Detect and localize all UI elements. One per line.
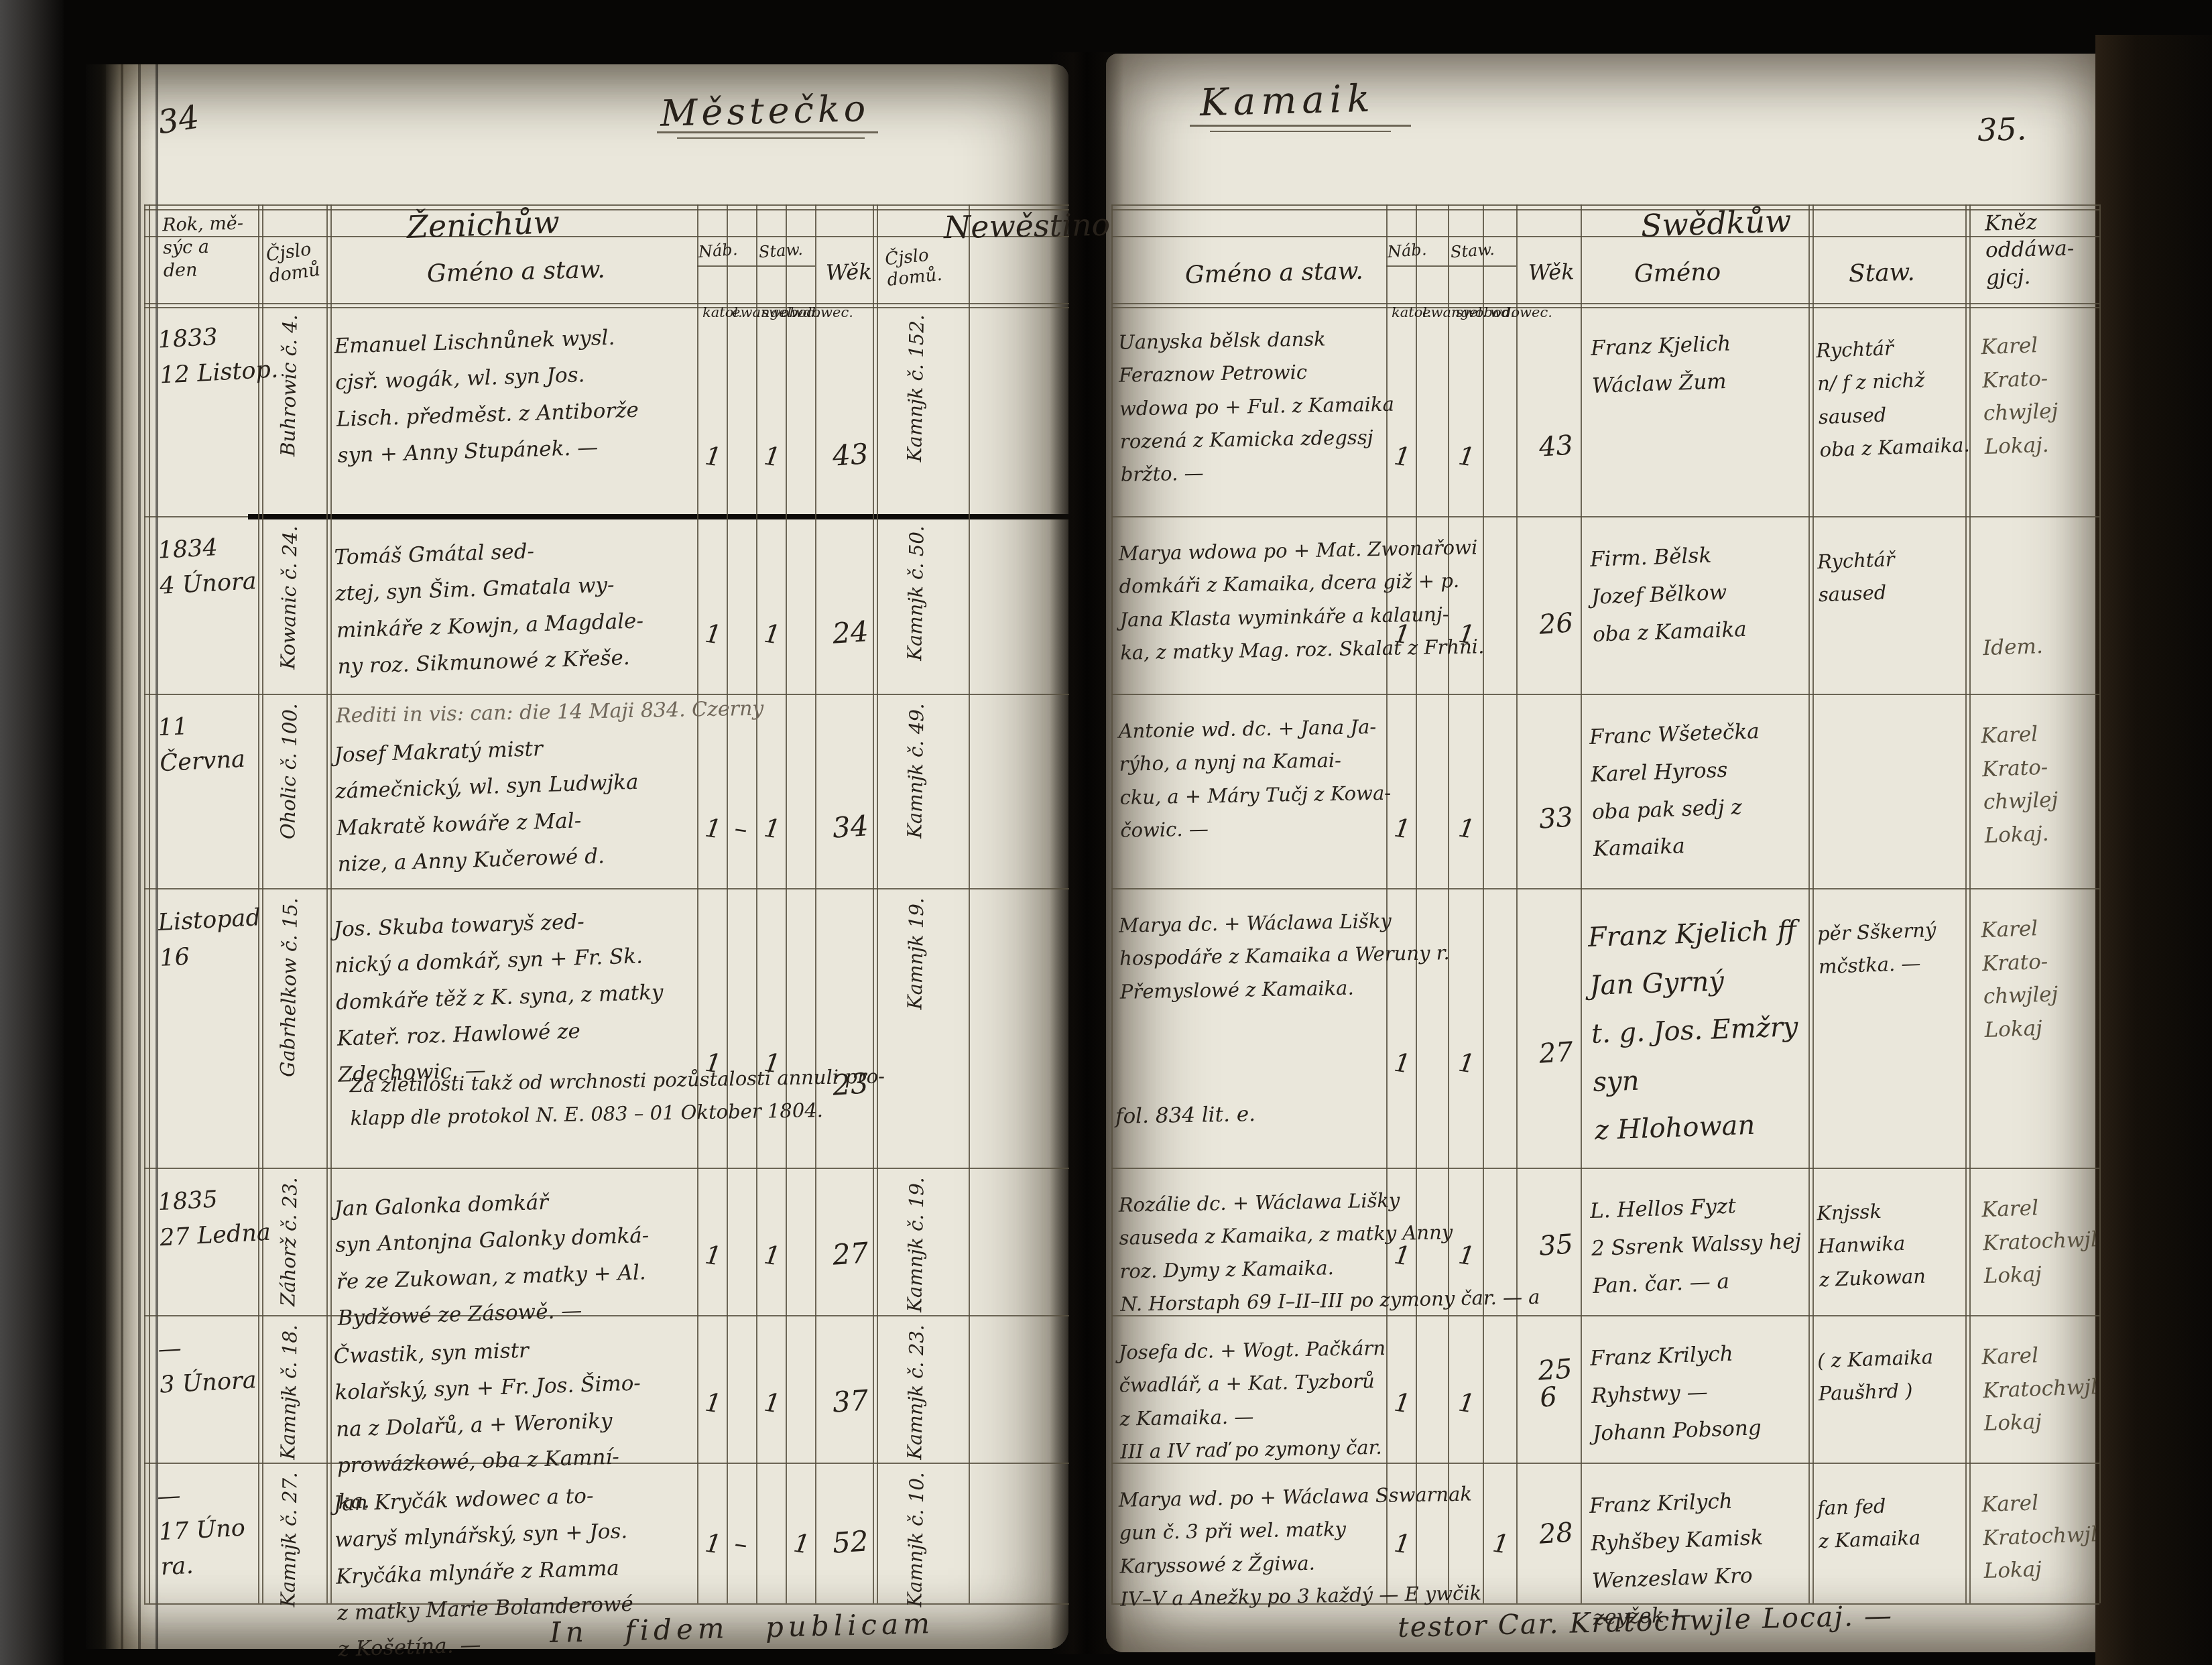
row-groom-text-2: Josef Makratý mistr zámečnický, wl. syn … bbox=[334, 725, 714, 882]
row-folio-note-3: fol. 834 lit. e. bbox=[1115, 1098, 1256, 1133]
col-header-age-right: Wěk bbox=[1528, 255, 1575, 290]
page-number-right: 35. bbox=[1977, 105, 2027, 154]
row-rule-right-2 bbox=[1111, 694, 2099, 695]
section-header-bride: Newěstino bbox=[943, 201, 1110, 252]
row-groom-text-1: Tomáš Gmátal sed- ztej, syn Šim. Gmatala… bbox=[334, 528, 714, 684]
label-rule2-left bbox=[144, 307, 1069, 308]
table-top-rule-left bbox=[144, 204, 1069, 206]
row-groom-text-6: Jan Kryčák wdowec a to- waryš mlynářský,… bbox=[333, 1474, 714, 1665]
row-groom-house-1: Kowanic č. 24. bbox=[273, 526, 306, 670]
row-bride-age-4: 35 bbox=[1538, 1231, 1575, 1259]
row-date-3: Listopad 16 bbox=[157, 900, 263, 976]
col-rule-right-6 bbox=[1581, 204, 1582, 1603]
row-witness-name-0: Franz Kjelich Wáclaw Žum bbox=[1590, 322, 1821, 405]
row-date-5: — 3 Února bbox=[157, 1327, 257, 1402]
row-officiant-5: Karel Kratochwjl Lokaj bbox=[1981, 1337, 2105, 1441]
narrow-subrule-left bbox=[697, 265, 815, 267]
row-bride-age-2: 33 bbox=[1538, 804, 1575, 832]
col-header-status-right: Staw. bbox=[1450, 237, 1495, 265]
row-rule-left-3 bbox=[144, 888, 1069, 889]
row-bride-text-0: Uanyska bělsk dansk Feraznow Petrowic wd… bbox=[1118, 318, 1563, 491]
row-officiant-4: Karel Kratochwjl Lokaj bbox=[1981, 1190, 2105, 1294]
row-witness-status-5: ( z Kamaika Paušhrd ) bbox=[1817, 1339, 1979, 1411]
row-witness-name-6: Franz Krilych Ryhšbey Kamisk Wenzeslaw K… bbox=[1589, 1480, 1822, 1638]
row-witness-name-3: Franz Kjelich ff Jan Gyrný t. g. Jos. Em… bbox=[1587, 906, 1823, 1155]
row-bride-house-0: Kamnjk č. 152. bbox=[900, 314, 932, 462]
col-header-bride-name: Gméno a staw. bbox=[1184, 253, 1363, 294]
row-witness-status-3: pěr Sškerný mčstka. — bbox=[1817, 912, 1979, 984]
row-groom-text-0: Emanuel Lischnůnek wysl. cjsř. wogák, wl… bbox=[334, 316, 714, 473]
col-rule-left-1 bbox=[149, 204, 150, 1603]
row-witness-name-1: Firm. Bělsk Jozef Bělkow oba z Kamaika bbox=[1589, 534, 1821, 654]
row-bride-age-0: 43 bbox=[1538, 432, 1575, 460]
section-header-witness: Swědkůw bbox=[1640, 197, 1792, 250]
label-rule-left bbox=[144, 303, 1069, 304]
row-date-0: 1833 12 Listop. bbox=[157, 316, 279, 393]
col-header-date: Rok, mě- sýc a den bbox=[162, 212, 245, 282]
col-rule-left-4 bbox=[326, 204, 328, 1603]
row-bride-age-1: 26 bbox=[1538, 609, 1575, 638]
col-header-religion-left: Náb. bbox=[698, 237, 739, 265]
col-rule-left-10 bbox=[815, 204, 816, 1603]
col-header-status-left: Staw. bbox=[758, 237, 804, 265]
heading-underline-left bbox=[657, 131, 878, 133]
section-header-groom: Ženichůw bbox=[406, 198, 560, 251]
row-rule-right-4 bbox=[1111, 1168, 2099, 1169]
row-bride-text-5: Josefa dc. + Wogt. Pačkárn čwadlář, a + … bbox=[1118, 1329, 1562, 1469]
col-rule-left-3 bbox=[262, 204, 263, 1603]
row-officiant-3: Karel Krato- chwjlej Lokaj bbox=[1981, 910, 2106, 1048]
row-groom-age-6: 52 bbox=[831, 1519, 870, 1565]
row-groom-age-5: 37 bbox=[831, 1378, 870, 1424]
label-rule-right bbox=[1111, 303, 2099, 304]
heading-underline-right-2 bbox=[1210, 131, 1391, 132]
table-top-rule2-right bbox=[1111, 209, 2099, 210]
row-bride-house-5: Kamnjk č. 23. bbox=[900, 1324, 932, 1460]
row-officiant-6: Karel Kratochwjl Lokaj bbox=[1981, 1485, 2105, 1589]
row-bride-age-5: 25 6 bbox=[1537, 1355, 1575, 1411]
row-rule-right-1 bbox=[1111, 516, 2099, 517]
row-witness-status-6: fan fed z Kamaika bbox=[1817, 1487, 1979, 1558]
row-groom-age-1: 24 bbox=[831, 609, 870, 656]
col-header-house-bride: Čjslo domů. bbox=[884, 244, 943, 292]
row-groom-house-3: Gabrhelkow č. 15. bbox=[273, 898, 306, 1078]
col-rule-right-0 bbox=[1111, 204, 1113, 1603]
col-rule-left-12 bbox=[877, 204, 878, 1603]
row-officiant-2: Karel Krato- chwjlej Lokaj. bbox=[1981, 716, 2106, 853]
register-scan: 34 35. Městečko Kamaik In fidem publicam… bbox=[0, 0, 2212, 1665]
row1-heavy-rule-left bbox=[248, 514, 1069, 519]
row-rule-left-4 bbox=[144, 1168, 1069, 1169]
table-top-rule-right bbox=[1111, 204, 2099, 206]
row-date-1: 1834 4 Února bbox=[157, 528, 257, 603]
col-header-religion-right: Náb. bbox=[1387, 237, 1428, 265]
row-officiant-1: Idem. bbox=[1982, 628, 2104, 666]
col-rule-left-13 bbox=[969, 204, 970, 1603]
row-witness-status-1: Rychtář saused bbox=[1817, 540, 1979, 612]
narrow-subrule-right bbox=[1386, 265, 1516, 267]
row-bride-house-3: Kamnjk 19. bbox=[900, 898, 932, 1010]
row-groom-house-2: Oholic č. 100. bbox=[273, 703, 305, 840]
row-bride-text-2: Antonie wd. dc. + Jana Ja- rýho, a nynj … bbox=[1118, 707, 1562, 847]
col-rule-left-9 bbox=[786, 204, 787, 1603]
row-rule-right-3 bbox=[1111, 888, 2099, 889]
row-groom-text-4: Jan Galonka domkář syn Antonjna Galonky … bbox=[334, 1179, 714, 1336]
row-groom-house-5: Kamnjk č. 18. bbox=[273, 1324, 305, 1460]
col-header-house-groom: Čjslo domů bbox=[265, 238, 322, 288]
col-header-witness-name: Gméno bbox=[1634, 253, 1721, 293]
heading-place-right: Kamaik bbox=[1199, 70, 1376, 133]
scanner-edge bbox=[0, 0, 64, 1665]
row-groom-house-0: Buhrowic č. 4. bbox=[273, 314, 306, 457]
row-groom-age-4: 27 bbox=[831, 1231, 870, 1277]
row-bride-text-3: Marya dc. + Wáclawa Lišky hospodáře z Ka… bbox=[1119, 902, 1562, 1008]
row-witness-status-4: Knjssk Hanwika z Zukowan bbox=[1816, 1192, 1980, 1296]
row-groom-age-2: 34 bbox=[831, 804, 870, 850]
col-rule-left-5 bbox=[330, 204, 332, 1603]
row-officiant-0: Karel Krato- chwjlej Lokaj. bbox=[1981, 327, 2106, 465]
row-bride-house-1: Kamnjk č. 50. bbox=[900, 526, 932, 661]
row-bride-text-4: Rozálie dc. + Wáclawa Lišky sauseda z Ka… bbox=[1118, 1181, 1562, 1321]
col-header-officiant: Kněz oddáwa- gjcj. bbox=[1985, 208, 2075, 291]
row-protocol-note-3: Za zletilosti takž od wrchnosti pozůstal… bbox=[349, 1057, 1068, 1135]
row-witness-name-5: Franz Krilych Ryhstwy — Johann Pobsong bbox=[1589, 1333, 1821, 1453]
col-rule-left-0 bbox=[144, 204, 145, 1603]
col-header-witness-status: Staw. bbox=[1848, 254, 1915, 293]
heading-underline-right bbox=[1190, 125, 1411, 127]
row-witness-status-0: Rychtář n/ f z nichž saused oba z Kamaik… bbox=[1816, 329, 1981, 467]
label-rule2-right bbox=[1111, 307, 2099, 308]
row-bride-text-1: Marya wdowa po + Mat. Zwonařowi domkáři … bbox=[1118, 530, 1562, 670]
row-groom-house-6: Kamnjk č. 27. bbox=[273, 1472, 305, 1607]
book-board-edge bbox=[2095, 35, 2212, 1665]
col-rule-left-11 bbox=[873, 204, 874, 1603]
row-witness-name-4: L. Hellos Fyzt 2 Ssrenk Walssy hej Pan. … bbox=[1589, 1185, 1821, 1305]
col-rule-left-8 bbox=[756, 204, 757, 1603]
row-date-2: 11 Června bbox=[157, 706, 246, 782]
row-bride-house-4: Kamnjk č. 19. bbox=[900, 1177, 932, 1312]
page-number-left: 34 bbox=[155, 92, 203, 148]
row-bride-age-3: 27 bbox=[1538, 1038, 1575, 1067]
col-rule-left-7 bbox=[727, 204, 728, 1603]
row-bride-age-6: 28 bbox=[1538, 1519, 1575, 1548]
row-date-6: — 17 Úno ra. bbox=[156, 1475, 248, 1585]
col-header-age-left: Wěk bbox=[825, 255, 872, 290]
section-rule-left bbox=[144, 236, 1069, 237]
row-bride-house-6: Kamnjk č. 10. bbox=[900, 1472, 932, 1607]
row-witness-name-2: Franc Wšetečka Karel Hyross oba pak sedj… bbox=[1589, 711, 1822, 869]
row-groom-house-4: Záhorž č. 23. bbox=[273, 1177, 305, 1306]
row-date-4: 1835 27 Ledna bbox=[157, 1180, 271, 1256]
row-bride-house-2: Kamnjk č. 49. bbox=[900, 703, 932, 839]
row-groom-age-0: 43 bbox=[831, 432, 870, 478]
col-header-groom-name: Gméno a staw. bbox=[426, 251, 605, 293]
subcol-label-left-3: wdowec. bbox=[791, 302, 853, 324]
heading-underline-left-2 bbox=[677, 137, 865, 139]
table-top-rule2-left bbox=[144, 209, 1069, 210]
section-rule-right bbox=[1111, 236, 2099, 237]
